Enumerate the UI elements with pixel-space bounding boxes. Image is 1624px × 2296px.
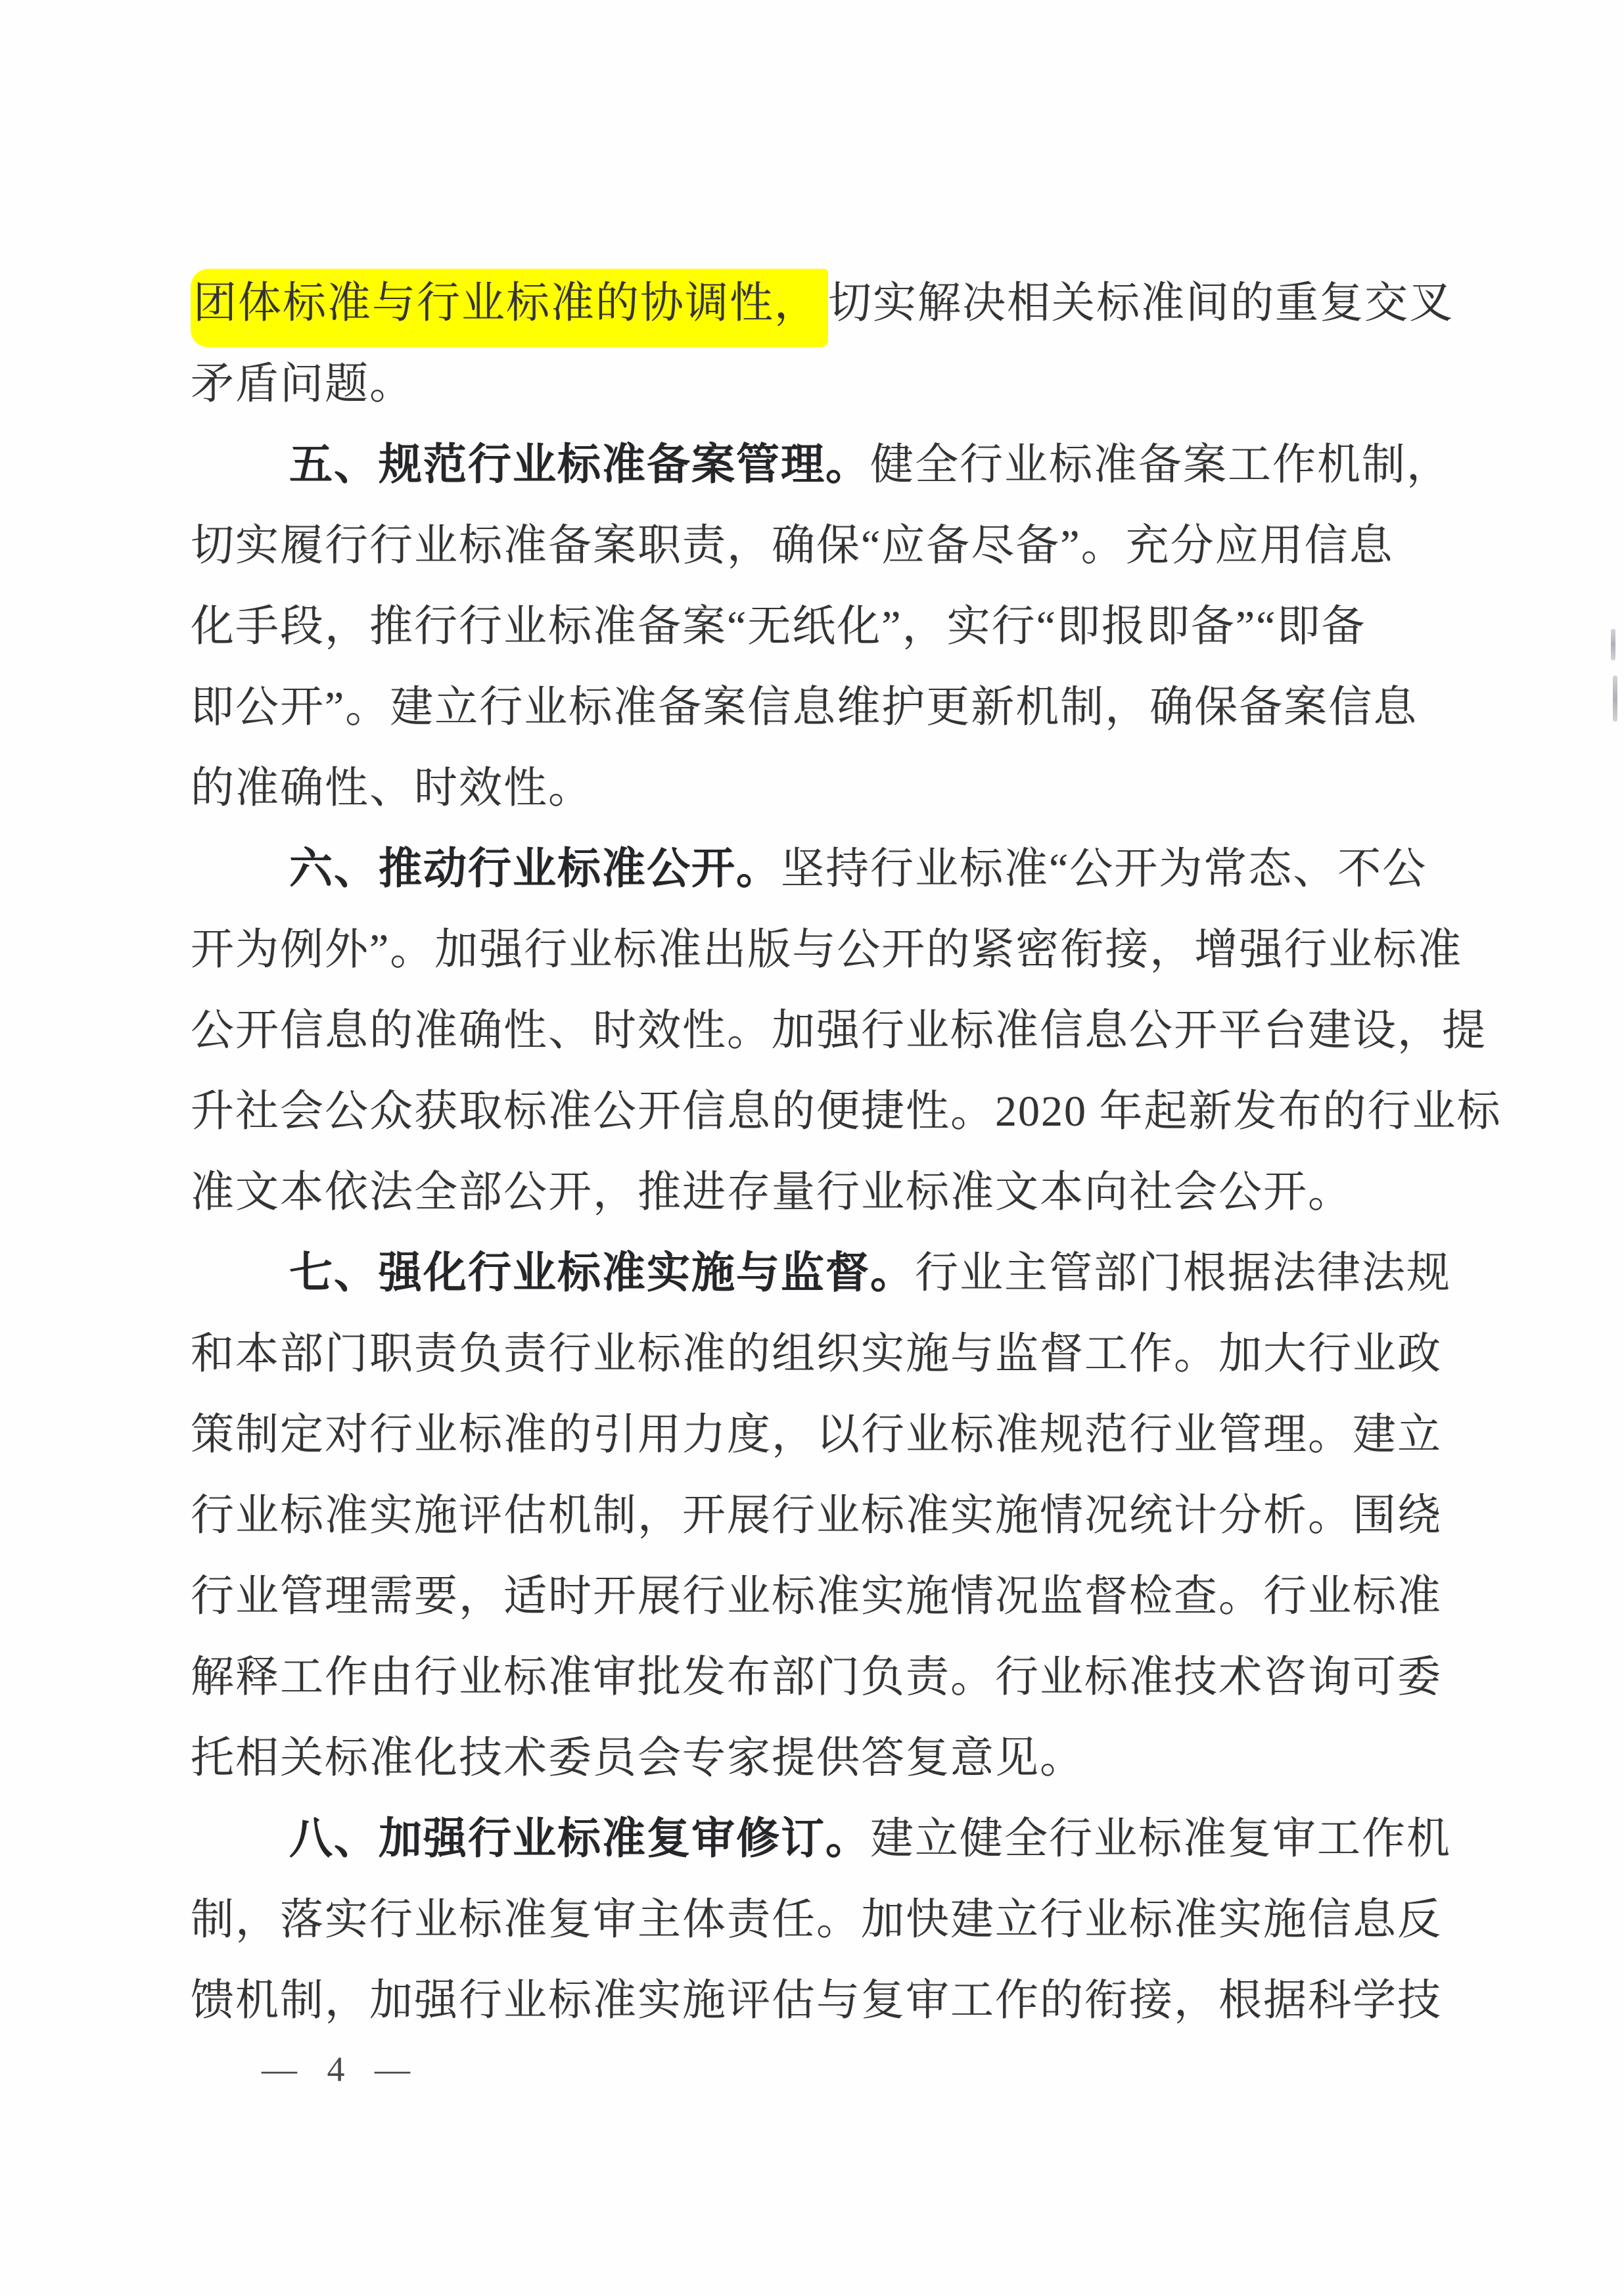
body-text: 即公开”。建立行业标准备案信息维护更新机制，确保备案信息 — [191, 683, 1418, 731]
text-line: 六、推动行业标准公开。坚持行业标准“公开为常态、不公 — [191, 829, 1466, 909]
section-heading: 六、推动行业标准公开。 — [289, 845, 781, 893]
body-text: 馈机制，加强行业标准实施评估与复审工作的衔接，根据科学技 — [191, 1977, 1442, 2025]
text-line: 解释工作由行业标准审批发布部门负责。行业标准技术咨询可委 — [191, 1637, 1466, 1718]
scan-artifact-mark — [1613, 676, 1617, 722]
text-line: 制，落实行业标准复审主体责任。加快建立行业标准实施信息反 — [191, 1879, 1466, 1960]
body-text: 制，落实行业标准复审主体责任。加快建立行业标准实施信息反 — [191, 1896, 1442, 1944]
text-line: 开为例外”。加强行业标准出版与公开的紧密衔接，增强行业标准 — [191, 909, 1466, 990]
body-text: 开为例外”。加强行业标准出版与公开的紧密衔接，增强行业标准 — [191, 926, 1462, 974]
text-line: 托相关标准化技术委员会专家提供答复意见。 — [191, 1718, 1466, 1799]
body-text: 行业主管部门根据法律法规 — [915, 1249, 1451, 1297]
body-text: 行业标准实施评估机制，开展行业标准实施情况统计分析。围绕 — [191, 1492, 1442, 1540]
scan-artifact-mark — [1611, 629, 1615, 660]
body-text: 准文本依法全部公开，推进存量行业标准文本向社会公开。 — [191, 1168, 1353, 1216]
text-line: 和本部门职责负责行业标准的组织实施与监督工作。加大行业政 — [191, 1314, 1466, 1394]
text-line: 团体标准与行业标准的协调性，切实解决相关标准间的重复交叉 — [191, 263, 1466, 344]
text-line: 公开信息的准确性、时效性。加强行业标准信息公开平台建设，提 — [191, 990, 1466, 1071]
text-line: 策制定对行业标准的引用力度，以行业标准规范行业管理。建立 — [191, 1394, 1466, 1475]
section-heading: 八、加强行业标准复审修订。 — [289, 1815, 870, 1863]
body-text: 行业管理需要，适时开展行业标准实施情况监督检查。行业标准 — [191, 1573, 1442, 1620]
highlighted-text: 团体标准与行业标准的协调性， — [191, 269, 828, 347]
document-page: 团体标准与行业标准的协调性，切实解决相关标准间的重复交叉矛盾问题。五、规范行业标… — [0, 0, 1624, 2296]
section-heading: 七、强化行业标准实施与监督。 — [289, 1249, 915, 1297]
body-text: 公开信息的准确性、时效性。加强行业标准信息公开平台建设，提 — [191, 1007, 1487, 1055]
body-text: 和本部门职责负责行业标准的组织实施与监督工作。加大行业政 — [191, 1330, 1442, 1378]
text-block: 团体标准与行业标准的协调性，切实解决相关标准间的重复交叉矛盾问题。五、规范行业标… — [191, 263, 1466, 2041]
text-line: 即公开”。建立行业标准备案信息维护更新机制，确保备案信息 — [191, 667, 1466, 748]
text-line: 的准确性、时效性。 — [191, 748, 1466, 829]
text-line: 化手段，推行行业标准备案“无纸化”，实行“即报即备”“即备 — [191, 586, 1466, 667]
body-text: 解释工作由行业标准审批发布部门负责。行业标准技术咨询可委 — [191, 1653, 1442, 1701]
body-text: 矛盾问题。 — [191, 360, 414, 408]
text-line: 准文本依法全部公开，推进存量行业标准文本向社会公开。 — [191, 1152, 1466, 1233]
body-text: 的准确性、时效性。 — [191, 764, 593, 812]
text-line: 行业标准实施评估机制，开展行业标准实施情况统计分析。围绕 — [191, 1475, 1466, 1556]
text-line: 馈机制，加强行业标准实施评估与复审工作的衔接，根据科学技 — [191, 1960, 1466, 2041]
body-text: 健全行业标准备案工作机制， — [870, 441, 1451, 489]
body-text: 坚持行业标准“公开为常态、不公 — [781, 845, 1427, 893]
text-line: 七、强化行业标准实施与监督。行业主管部门根据法律法规 — [191, 1233, 1466, 1314]
body-text: 建立健全行业标准复审工作机 — [870, 1815, 1451, 1863]
text-line: 矛盾问题。 — [191, 344, 1466, 425]
page-number: — 4 — — [262, 2049, 421, 2090]
body-text: 策制定对行业标准的引用力度，以行业标准规范行业管理。建立 — [191, 1411, 1442, 1459]
text-line: 切实履行行业标准备案职责，确保“应备尽备”。充分应用信息 — [191, 505, 1466, 586]
text-line: 五、规范行业标准备案管理。健全行业标准备案工作机制， — [191, 425, 1466, 505]
body-text: 化手段，推行行业标准备案“无纸化”，实行“即报即备”“即备 — [191, 603, 1366, 651]
text-line: 行业管理需要，适时开展行业标准实施情况监督检查。行业标准 — [191, 1556, 1466, 1637]
body-text: 托相关标准化技术委员会专家提供答复意见。 — [191, 1734, 1084, 1782]
body-text: 切实履行行业标准备案职责，确保“应备尽备”。充分应用信息 — [191, 522, 1394, 570]
section-heading: 五、规范行业标准备案管理。 — [289, 441, 870, 489]
text-line: 八、加强行业标准复审修订。建立健全行业标准复审工作机 — [191, 1799, 1466, 1879]
text-line: 升社会公众获取标准公开信息的便捷性。2020 年起新发布的行业标 — [191, 1071, 1466, 1152]
body-text: 升社会公众获取标准公开信息的便捷性。2020 年起新发布的行业标 — [191, 1088, 1502, 1136]
body-text: 切实解决相关标准间的重复交叉 — [828, 279, 1454, 327]
